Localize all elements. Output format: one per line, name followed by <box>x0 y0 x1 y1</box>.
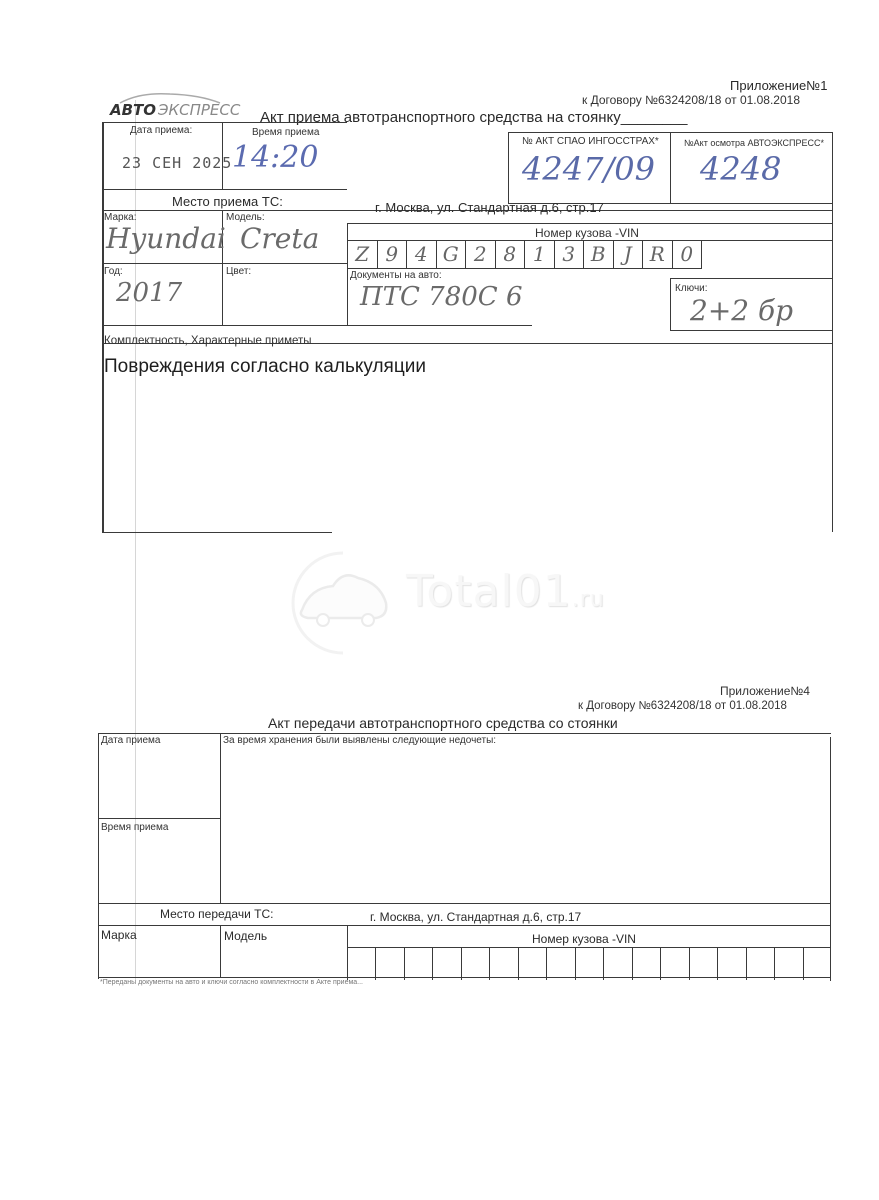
defects-label: За время хранения были выявлены следующи… <box>223 735 496 746</box>
vin-char-cell: Z <box>347 240 377 268</box>
empty-vin-cell <box>489 948 517 980</box>
inspection-act-value: 4248 <box>700 150 781 188</box>
transfer-vin-label: Номер кузова -VIN <box>532 932 636 946</box>
form1-title-text: Акт приема автотранспортного средства на… <box>260 109 621 126</box>
empty-vin-cell <box>518 948 546 980</box>
avtoexpress-logo: АВТО ЭКСПРЕСС <box>110 92 230 122</box>
empty-vin-cell <box>689 948 717 980</box>
documents-label: Документы на авто: <box>350 270 442 281</box>
equipment-label: Комплектность, Характерные приметы <box>104 335 312 347</box>
model-value: Creta <box>240 222 319 255</box>
receipt-time-value: 14:20 <box>232 140 318 175</box>
watermark-text: Total01.ru <box>406 566 605 617</box>
vin-char-cell: 2 <box>465 240 495 268</box>
empty-vin-cell <box>575 948 603 980</box>
transfer-place-label: Место передачи ТС: <box>160 907 273 921</box>
appendix-4-label: Приложение№4 <box>720 684 810 698</box>
form1-title: Акт приема автотранспортного средства на… <box>260 109 687 126</box>
empty-vin-cell <box>717 948 745 980</box>
empty-vin-cell <box>660 948 688 980</box>
documents-value: ПТС 780С 6 <box>360 282 523 312</box>
transfer-time-label: Время приема <box>101 822 168 833</box>
empty-vin-cell <box>603 948 631 980</box>
empty-vin-cell <box>461 948 489 980</box>
appendix-1-label: Приложение№1 <box>730 78 827 93</box>
year-label: Год: <box>104 266 123 277</box>
vin-char-cell: R <box>642 240 672 268</box>
make-value: Hyundai <box>106 222 226 255</box>
ingosstrakh-act-value: 4247/09 <box>522 150 655 188</box>
transfer-model-label: Модель <box>224 929 267 943</box>
year-value: 2017 <box>116 278 182 308</box>
vin-char-cell: 0 <box>672 240 702 268</box>
place-label: Место приема ТС: <box>172 194 283 209</box>
receipt-time-label: Время приема <box>252 127 319 138</box>
form1-title-blank: ________ <box>621 109 688 126</box>
car-logo-icon <box>288 548 398 658</box>
empty-vin-cell <box>774 948 802 980</box>
ingosstrakh-act-label: № АКТ СПАО ИНГОССТРАХ* <box>522 136 659 147</box>
vin-char-cell: G <box>436 240 466 268</box>
contract-reference-1: к Договору №6324208/18 от 01.08.2018 <box>582 93 800 107</box>
total01-watermark: Total01.ru <box>288 548 598 658</box>
empty-vin-cell <box>404 948 432 980</box>
vin-char-cell: J <box>613 240 643 268</box>
inspection-act-label: №Акт осмотра АВТОЭКСПРЕСС* <box>684 138 824 148</box>
empty-vin-cell <box>347 948 375 980</box>
empty-vin-cell <box>375 948 403 980</box>
footnote: *Переданы документы на авто и ключи согл… <box>100 979 500 986</box>
equipment-value: Повреждения согласно калькуляции <box>104 356 426 378</box>
vin-char-cell: 3 <box>554 240 584 268</box>
keys-value: 2+2 бр <box>690 294 793 327</box>
contract-reference-2: к Договору №6324208/18 от 01.08.2018 <box>578 700 787 712</box>
receipt-date-label: Дата приема: <box>130 125 192 136</box>
vin-label: Номер кузова -VIN <box>535 226 639 240</box>
empty-vin-cell <box>432 948 460 980</box>
receipt-date-stamp: 23 СЕН 2025 <box>122 154 232 172</box>
empty-vin-cell <box>803 948 831 980</box>
empty-vin-cell <box>632 948 660 980</box>
keys-label: Ключи: <box>675 283 708 294</box>
vin-char-cell: 9 <box>377 240 407 268</box>
vin-char-cell: 1 <box>524 240 554 268</box>
logo-bold: АВТО <box>110 101 156 119</box>
color-label: Цвет: <box>226 266 251 277</box>
transfer-make-label: Марка <box>101 928 137 942</box>
empty-vin-cell <box>746 948 774 980</box>
empty-vin-cell <box>546 948 574 980</box>
logo-light: ЭКСПРЕСС <box>158 101 240 119</box>
place-value: г. Москва, ул. Стандартная д.6, стр.17 <box>375 200 604 215</box>
vin-char-cell: 4 <box>406 240 436 268</box>
vin-char-cell: B <box>583 240 613 268</box>
vin-char-cell: 8 <box>495 240 525 268</box>
transfer-date-label: Дата приема <box>101 735 160 746</box>
form2-title: Акт передачи автотранспортного средства … <box>268 715 618 731</box>
transfer-place-value: г. Москва, ул. Стандартная д.6, стр.17 <box>370 910 581 924</box>
